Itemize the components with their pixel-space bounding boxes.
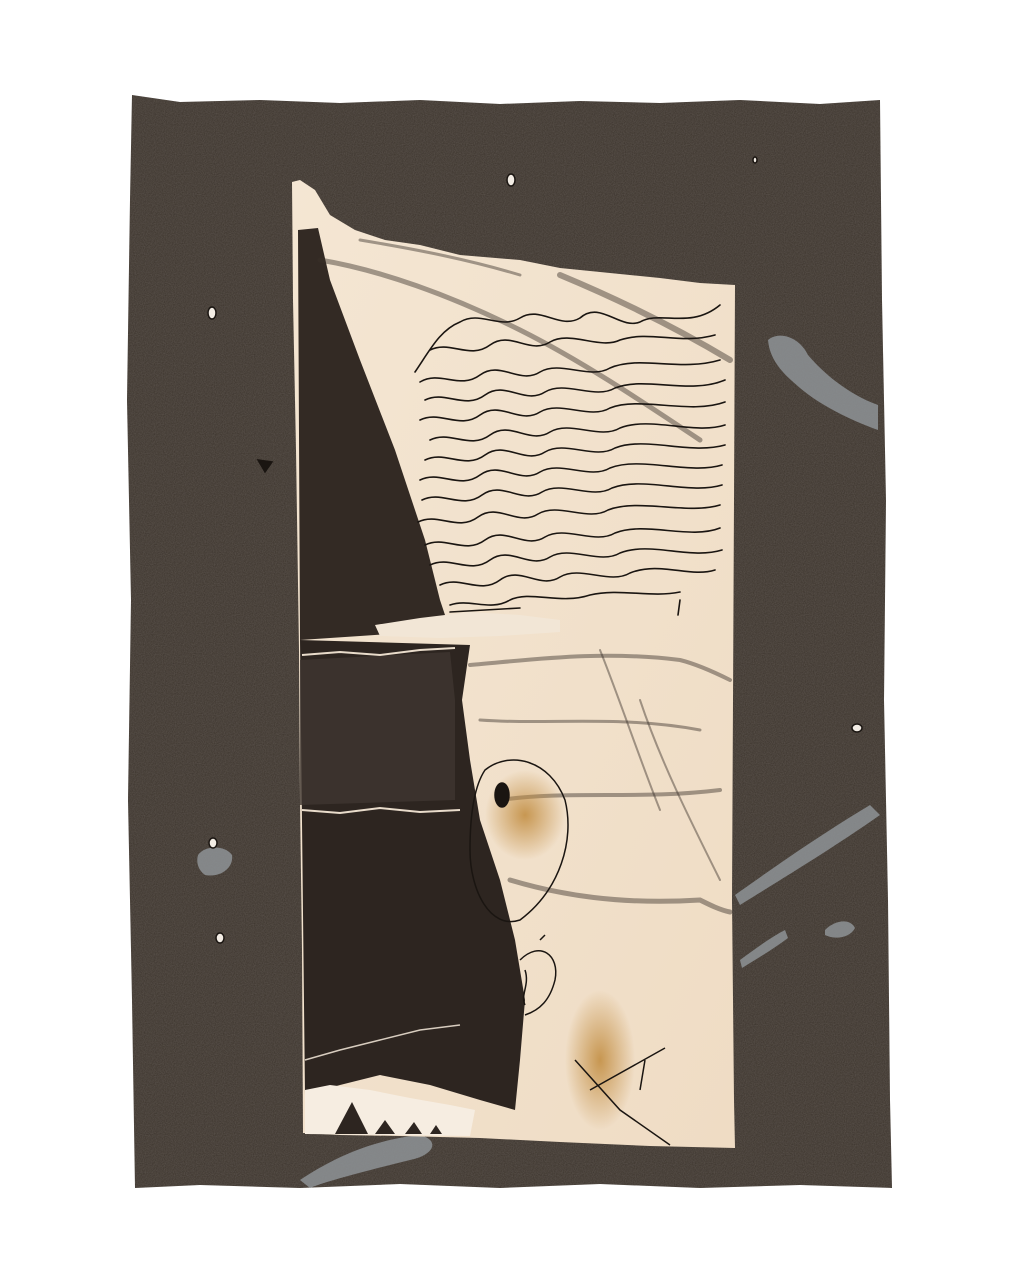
collage-artwork [0,0,1024,1280]
artwork-canvas [0,0,1024,1280]
